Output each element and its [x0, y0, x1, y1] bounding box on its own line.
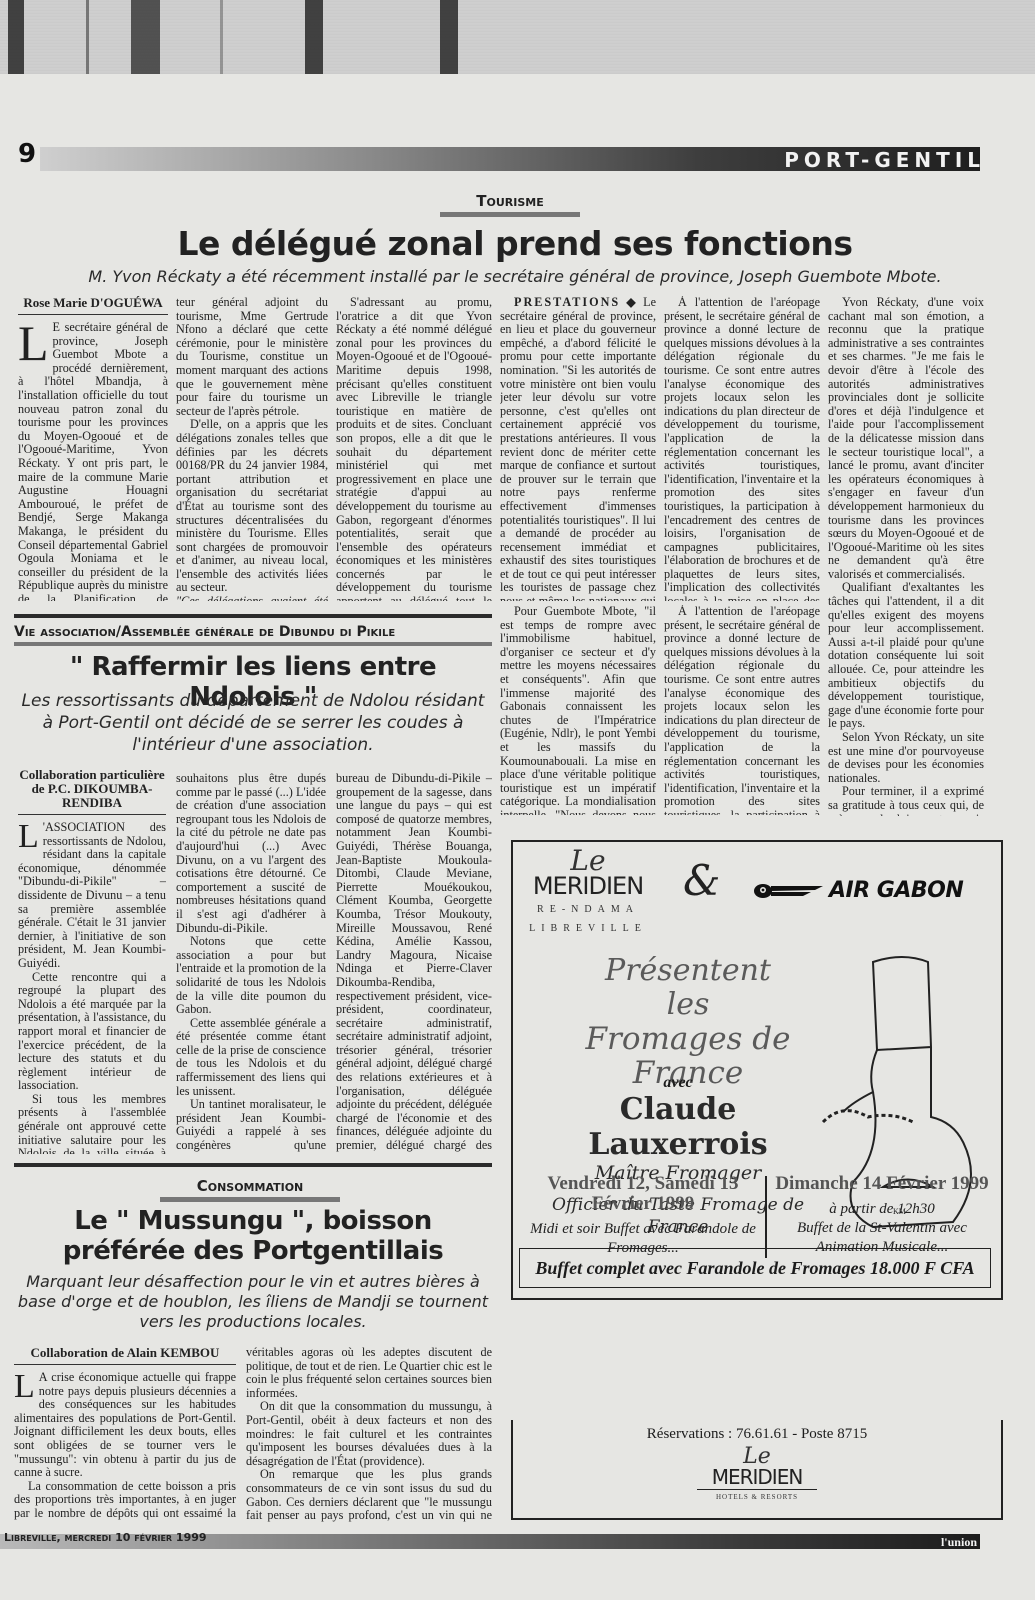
article3-column-2: véritables agoras où les adeptes discute…: [246, 1346, 492, 1522]
article3-paragraph: A crise économique actuelle qui frappe n…: [14, 1371, 236, 1480]
article2-paragraph: bureau de Dibundu-di-Pikile – groupement…: [336, 772, 492, 1154]
article1-column-1: Rose Marie D'OGUÉWA L E secrétaire génér…: [18, 296, 168, 601]
price-box: Buffet complet avec Farandole de Fromage…: [519, 1248, 991, 1288]
article2-column-3: bureau de Dibundu-di-Pikile – groupement…: [336, 772, 492, 1154]
article3-top-rule: [14, 1163, 492, 1167]
article3-dek: Marquant leur désaffection pour le vin e…: [10, 1272, 496, 1332]
article2-kicker-text: Vie association/Assemblée générale de Di…: [14, 624, 395, 640]
article2-column-2: souhaitons plus être dupés comme par le …: [176, 772, 326, 1154]
meridien-footer-le: Le: [697, 1447, 817, 1467]
presentent-line: Présentent: [533, 954, 843, 988]
article3-column-1: Collaboration de Alain KEMBOU L A crise …: [14, 1346, 236, 1522]
article1-kicker-text: Tourisme: [476, 192, 543, 210]
article2-paragraph: 'ASSOCIATION des ressortissants de Ndolo…: [18, 821, 166, 971]
meridien-name: MERIDIEN: [523, 874, 653, 898]
article1-headline: Le délégué zonal prend ses fonctions: [80, 224, 950, 263]
article3-paragraph: véritables agoras où les adeptes discute…: [246, 1346, 492, 1400]
article1-column-4: PRESTATIONS ◆ Le secrétaire général de p…: [500, 296, 656, 601]
article2-paragraph: Un tantinet moralisateur, le président J…: [176, 1098, 326, 1154]
article2-kicker: Vie association/Assemblée générale de Di…: [14, 624, 492, 646]
air-gabon-wordmark: AIR GABON: [829, 878, 963, 903]
footer-paper-name: l'union: [941, 1535, 977, 1550]
dropcap: L: [18, 323, 49, 363]
dates-left: Vendredi 12, Samedi 13 Février 1999 Midi…: [523, 1174, 763, 1258]
article1-column-5b: À l'attention de l'aréopage présent, le …: [664, 605, 820, 815]
page-number: 9: [18, 139, 36, 169]
article2-paragraph: souhaitons plus être dupés comme par le …: [176, 772, 326, 935]
dates-right: Dimanche 14 Février 1999 à partir de 12h…: [771, 1174, 993, 1257]
article1-paragraph: Pour terminer, il a exprimé sa gratitude…: [828, 785, 984, 816]
dates-divider: [765, 1176, 767, 1258]
meridien-footer-sub: HOTELS & RESORTS: [697, 1493, 817, 1501]
parrot-icon: [753, 882, 823, 900]
kicker-underline: [14, 642, 492, 646]
article3-kicker: Consommation: [160, 1177, 340, 1202]
kicker-underline: [440, 212, 580, 217]
dates-right-heading: Dimanche 14 Février 1999: [771, 1174, 993, 1194]
les-line: les: [533, 988, 843, 1022]
meridien-sub1: RE-NDAMA: [523, 904, 653, 915]
article3-kicker-text: Consommation: [197, 1177, 304, 1195]
article2-byline: Collaboration particulière de P.C. DIKOU…: [18, 768, 166, 815]
article3-byline: Collaboration de Alain KEMBOU: [14, 1346, 236, 1365]
article2-paragraph: Si tous les membres présents à l'assembl…: [18, 1093, 166, 1154]
article1-paragraph: S'adressant au promu, l'oratrice a dit q…: [336, 296, 492, 601]
article1-column-3: S'adressant au promu, l'oratrice a dit q…: [336, 296, 492, 601]
advertisement-bottom: Réservations : 76.61.61 - Poste 8715 Le …: [511, 1420, 1003, 1520]
air-gabon-logo: AIR GABON: [753, 878, 963, 903]
article1-column-6: Yvon Réckaty, d'une voix cachant mal son…: [828, 296, 984, 816]
meridien-le: Le: [523, 848, 653, 874]
meridien-footer-logo: Le MERIDIEN HOTELS & RESORTS: [697, 1447, 817, 1501]
ampersand: &: [683, 856, 720, 905]
footer-dateline: Libreville, mercredi 10 février 1999: [4, 1531, 207, 1544]
article3-headline: Le " Mussungu ", boisson préférée des Po…: [14, 1206, 492, 1266]
article2-top-rule: [14, 614, 492, 618]
presentent-block: Présentent les Fromages de France: [533, 954, 843, 1090]
article2-paragraph: Cette rencontre qui a regroupé la plupar…: [18, 971, 166, 1093]
dates-left-heading: Vendredi 12, Samedi 13 Février 1999: [523, 1174, 763, 1214]
reservations: Réservations : 76.61.61 - Poste 8715: [513, 1426, 1001, 1443]
dates-right-time: à partir de 12h30: [771, 1200, 993, 1219]
article1-quote: "Ces délégations avaient été créées en 1…: [176, 595, 328, 601]
meridien-footer-name: MERIDIEN: [697, 1467, 817, 1490]
article2-paragraph: Cette assemblée générale a été présentée…: [176, 1017, 326, 1099]
kicker-underline: [160, 1197, 340, 1202]
meridien-logo: Le MERIDIEN RE-NDAMA LIBREVILLE: [523, 848, 653, 934]
dropcap: L: [18, 823, 39, 851]
article1-dek: M. Yvon Réckaty a été récemment installé…: [60, 266, 970, 288]
article1-paragraph: teur général adjoint du tourisme, Mme Ge…: [176, 296, 328, 418]
scan-artifact-top: [0, 0, 1035, 74]
article1-kicker: Tourisme: [440, 192, 580, 217]
article1-paragraph: Selon Yvon Réckaty, un site est une mine…: [828, 731, 984, 785]
article1-paragraph: À l'attention de l'aréopage présent, le …: [664, 605, 820, 815]
avec-text: avec: [533, 1074, 823, 1092]
article1-column-2: teur général adjoint du tourisme, Mme Ge…: [176, 296, 328, 601]
subhead-prestations: PRESTATIONS ◆: [514, 296, 639, 309]
article1-paragraph: À l'attention de l'aréopage présent, le …: [664, 296, 820, 601]
article2-column-1: Collaboration particulière de P.C. DIKOU…: [18, 768, 166, 1154]
article1-prestations: PRESTATIONS ◆ Le secrétaire général de p…: [500, 296, 656, 601]
article1-paragraph: Pour Guembote Mbote, "il est temps de ro…: [500, 605, 656, 815]
article3-paragraph: On dit que la consommation du mussungu, …: [246, 1400, 492, 1468]
article2-dek: Les ressortissants du département de Ndo…: [14, 690, 492, 756]
article1-column-4b: Pour Guembote Mbote, "il est temps de ro…: [500, 605, 656, 815]
article1-paragraph: Yvon Réckaty, d'une voix cachant mal son…: [828, 296, 984, 581]
article1-paragraph: D'elle, on a appris que les délégations …: [176, 418, 328, 595]
meridien-sub2: LIBREVILLE: [523, 923, 653, 934]
dropcap: L: [14, 1373, 35, 1401]
advertisement-meridien-air-gabon: Le MERIDIEN RE-NDAMA LIBREVILLE & AIR GA…: [511, 840, 1003, 1300]
section-name: PORT-GENTIL: [784, 148, 985, 172]
article1-column-5: À l'attention de l'aréopage présent, le …: [664, 296, 820, 601]
chef-name: Claude Lauxerrois: [533, 1092, 823, 1162]
article2-paragraph: Notons que cette association a pour but …: [176, 935, 326, 1017]
article1-byline: Rose Marie D'OGUÉWA: [18, 296, 168, 315]
article1-paragraph: Qualifiant d'exaltantes les tâches qui l…: [828, 581, 984, 731]
article3-paragraph: On remarque que les plus grands consomma…: [246, 1468, 492, 1522]
article3-paragraph: La consommation de cette boisson a pris …: [14, 1480, 236, 1522]
